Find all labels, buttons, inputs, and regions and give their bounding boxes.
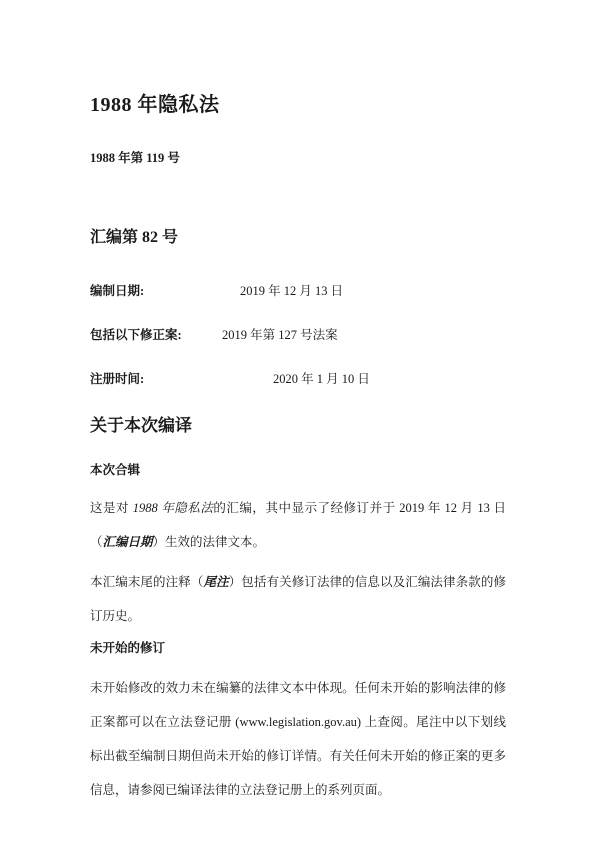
p1-text-tail: ）生效的法律文本。 bbox=[153, 535, 266, 549]
meta-row-registered-date: 注册时间: 2020 年 1 月 10 日 bbox=[90, 371, 506, 388]
meta-row-includes-amendments: 包括以下修正案: 2019 年第 127 号法案 bbox=[90, 327, 506, 344]
meta-value-prepared-date: 2019 年 12 月 13 日 bbox=[240, 283, 343, 300]
p1-text-lead: 这是对 bbox=[90, 501, 133, 515]
meta-label-prepared-date: 编制日期: bbox=[90, 284, 144, 298]
meta-label-includes-amendments: 包括以下修正案: bbox=[90, 328, 182, 342]
p1-compilation-date-term: 汇编日期 bbox=[103, 535, 153, 549]
legislation-register-url: (www.legislation.gov.au) bbox=[235, 715, 361, 729]
subheading-uncommenced-amendments: 未开始的修订 bbox=[90, 640, 506, 657]
meta-value-includes-amendments: 2019 年第 127 号法案 bbox=[222, 327, 338, 344]
subheading-this-compilation: 本次合辑 bbox=[90, 462, 506, 479]
meta-value-registered-date: 2020 年 1 月 10 日 bbox=[273, 371, 370, 388]
document-page: 1988 年隐私法 1988 年第 119 号 汇编第 82 号 编制日期: 2… bbox=[0, 0, 595, 841]
p2-endnotes-term: 尾注 bbox=[203, 575, 228, 589]
compilation-number: 汇编第 82 号 bbox=[90, 227, 506, 248]
paragraph-this-compilation-1: 这是对 1988 年隐私法的汇编，其中显示了经修订并于 2019 年 12 月 … bbox=[90, 491, 506, 559]
metadata-list: 编制日期: 2019 年 12 月 13 日 包括以下修正案: 2019 年第 … bbox=[90, 283, 506, 388]
page-content: 1988 年隐私法 1988 年第 119 号 汇编第 82 号 编制日期: 2… bbox=[90, 0, 506, 807]
paragraph-uncommenced-amendments: 未开始修改的效力未在编纂的法律文本中体现。任何未开始的影响法律的修正案都可以在立… bbox=[90, 671, 506, 807]
p1-act-name-italic: 1988 年隐私法 bbox=[133, 501, 214, 515]
p2-text-lead: 本汇编末尾的注释（ bbox=[90, 575, 203, 589]
section-heading-about-compilation: 关于本次编译 bbox=[90, 415, 506, 437]
act-number: 1988 年第 119 号 bbox=[90, 150, 506, 167]
meta-row-prepared-date: 编制日期: 2019 年 12 月 13 日 bbox=[90, 283, 506, 300]
meta-label-registered-date: 注册时间: bbox=[90, 372, 144, 386]
document-title: 1988 年隐私法 bbox=[90, 0, 506, 118]
paragraph-this-compilation-2: 本汇编末尾的注释（尾注）包括有关修订法律的信息以及汇编法律条款的修订历史。 bbox=[90, 565, 506, 633]
